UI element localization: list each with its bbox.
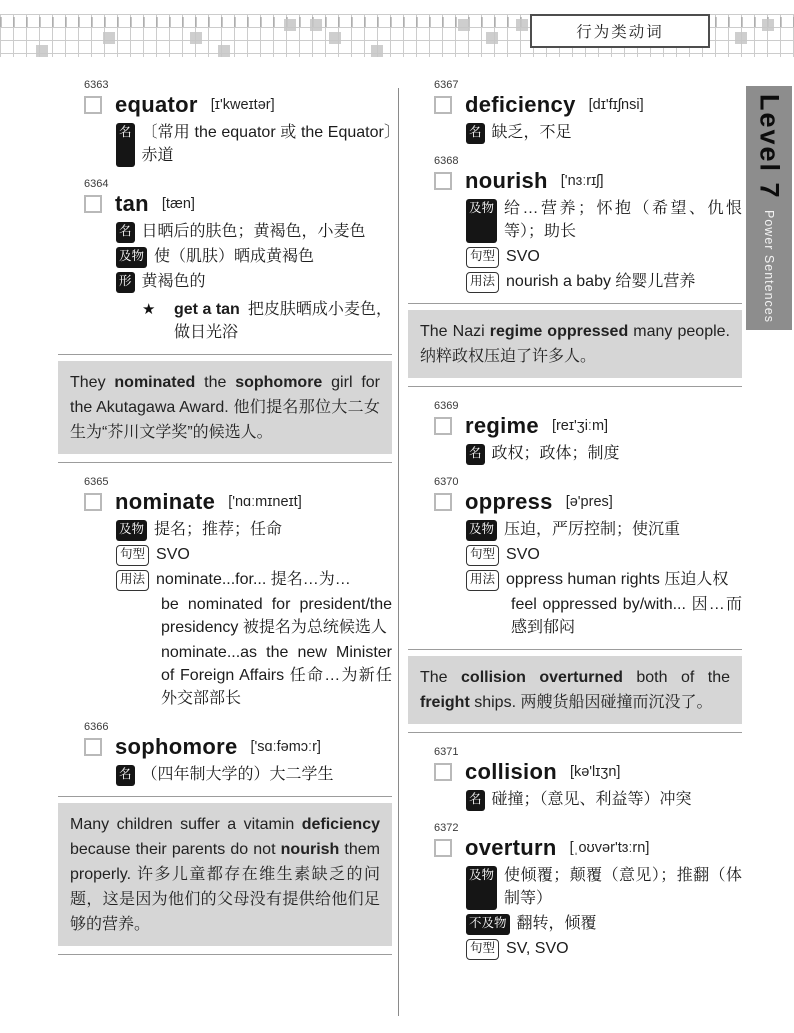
dict-entry: 6368nourish['nɜːrɪʃ]及物给…营养；怀抱（希望、仇恨等）；助长… [408,154,742,293]
definition-text: SV, SVO [506,937,742,960]
definition-text: 政权；政体；制度 [492,442,742,465]
entry-body: 名碰撞；（意见、利益等）冲突 [466,788,742,811]
definition-text: 日晒后的肤色；黄褐色，小麦色 [142,220,392,243]
entry-body: 名缺乏，不足 [466,121,742,144]
definition-text: 使（肌肤）晒成黄褐色 [154,245,392,268]
definition-line: 句型SV, SVO [466,937,742,960]
grid-cell [486,32,498,44]
definition-line: 名碰撞；（意见、利益等）冲突 [466,788,742,811]
entry-body: 及物给…营养；怀抱（希望、仇恨等）；助长句型SVO用法nourish a bab… [466,197,742,293]
definition-line: 句型SVO [466,245,742,268]
entry-checkbox[interactable] [434,172,452,190]
entry-number: 6363 [84,78,392,92]
grid-cell [218,45,230,57]
definition-line: 及物使倾覆；颠覆（意见）；推翻（体制等） [466,864,742,910]
dict-entry: 6363equator[ɪ'kweɪtər]名〔常用 the equator 或… [58,78,392,167]
level-side-tab: Level 7 Power Sentences [746,86,792,330]
definition-text: 压迫，严厉控制；使沉重 [504,518,742,541]
example-text: many people. [628,323,730,340]
definition-text: 提名；推荐；任命 [154,518,392,541]
star-phrase-line: ★get a tan把皮肤晒成小麦色，做日光浴 [142,298,392,344]
headword: oppress [465,489,553,515]
grid-cell [329,32,341,44]
example-sentence-box: The collision overturned both of the fre… [408,656,742,724]
entry-body: 及物提名；推荐；任命句型SVO用法nominate...for... 提名…为…… [116,518,392,710]
grid-cell [516,19,528,31]
pos-badge: 名 [116,123,135,167]
star-icon: ★ [142,298,174,344]
entry-checkbox[interactable] [84,738,102,756]
entry-head: nourish['nɜːrɪʃ] [434,168,742,194]
example-bold-word: freight [420,694,470,711]
star-phrase-headword: get a tan [174,301,240,318]
left-column: 6363equator[ɪ'kweɪtər]名〔常用 the equator 或… [58,78,392,967]
pos-badge: 用法 [466,272,499,293]
column-divider [398,88,399,1016]
category-tab: 行为类动词 [530,14,710,48]
example-text: the [195,374,235,391]
pos-badge: 及物 [466,866,497,910]
entry-checkbox[interactable] [434,96,452,114]
grid-cell [36,45,48,57]
entry-head: tan[tæn] [84,191,392,217]
example-text: ships. [470,694,521,711]
entry-number: 6372 [434,821,742,835]
example-bold-word: sophomore [235,374,322,391]
pos-badge: 名 [466,123,485,144]
entry-head: regime[reɪ'ʒiːm] [434,413,742,439]
definition-text: 碰撞；（意见、利益等）冲突 [492,788,742,811]
example-text: 两艘货船因碰撞而沉没了。 [520,694,712,711]
pronunciation: ['nɜːrɪʃ] [561,173,604,189]
entry-number: 6368 [434,154,742,168]
example-bold-word: deficiency [302,816,380,833]
definition-line: 不及物翻转，倾覆 [466,912,742,935]
entry-head: overturn[ˌoʊvər'tɜːrn] [434,835,742,861]
example-section: The Nazi regime oppressed many people. 纳… [408,303,742,387]
pos-badge: 句型 [466,545,499,566]
example-text: Many children suffer a vitamin [70,816,302,833]
definition-text: （四年制大学的）大二学生 [142,763,392,786]
headword: equator [115,92,198,118]
example-text: because their parents do not [70,841,281,858]
headword: nourish [465,168,548,194]
definition-text: 给…营养；怀抱（希望、仇恨等）；助长 [504,197,742,243]
definition-line: 用法oppress human rights 压迫人权 [466,568,742,591]
dict-entry: 6365nominate['nɑːmɪneɪt]及物提名；推荐；任命句型SVO用… [58,475,392,710]
pos-badge: 用法 [116,570,149,591]
pronunciation: [kə'lɪʒn] [570,764,621,780]
star-phrase-text: get a tan把皮肤晒成小麦色，做日光浴 [174,298,392,344]
grid-cell [190,32,202,44]
pos-badge: 及物 [116,247,147,268]
definition-line: 名缺乏，不足 [466,121,742,144]
headword: regime [465,413,539,439]
entry-head: collision[kə'lɪʒn] [434,759,742,785]
pos-badge: 形 [116,272,135,293]
headword: collision [465,759,557,785]
pronunciation: [tæn] [162,196,195,212]
dict-entry: 6371collision[kə'lɪʒn]名碰撞；（意见、利益等）冲突 [408,745,742,811]
right-column: 6367deficiency[dɪ'fɪʃnsi]名缺乏，不足6368nouri… [408,78,742,970]
definition-line: 名〔常用 the equator 或 the Equator〕赤道 [116,121,392,167]
grid-cell [762,19,774,31]
pronunciation: [ˌoʊvər'tɜːrn] [570,840,650,856]
example-sentence-box: Many children suffer a vitamin deficienc… [58,803,392,946]
entry-number: 6364 [84,177,392,191]
entry-head: oppress[ə'pres] [434,489,742,515]
definition-text: oppress human rights 压迫人权 [506,568,742,591]
example-section: The collision overturned both of the fre… [408,649,742,733]
definition-line: 形黄褐色的 [116,270,392,293]
example-bold-word: nominated [114,374,195,391]
entry-checkbox[interactable] [434,493,452,511]
headword: overturn [465,835,557,861]
example-text: The Nazi [420,323,490,340]
pos-badge: 名 [466,790,485,811]
level-subtitle: Power Sentences [762,210,776,323]
example-bold-word: collision overturned [461,669,623,686]
dict-entry: 6367deficiency[dɪ'fɪʃnsi]名缺乏，不足 [408,78,742,144]
pos-badge: 不及物 [466,914,510,935]
book-page: 行为类动词 Level 7 Power Sentences 6363equato… [0,0,794,1033]
dict-entry: 6372overturn[ˌoʊvər'tɜːrn]及物使倾覆；颠覆（意见）；推… [408,821,742,960]
entry-checkbox[interactable] [434,763,452,781]
definition-line: 及物使（肌肤）晒成黄褐色 [116,245,392,268]
pronunciation: [ə'pres] [566,494,613,510]
entry-body: 名政权；政体；制度 [466,442,742,465]
definition-text: 缺乏，不足 [492,121,742,144]
grid-cell [310,19,322,31]
entry-body: 及物使倾覆；颠覆（意见）；推翻（体制等）不及物翻转，倾覆句型SV, SVO [466,864,742,960]
entry-number: 6366 [84,720,392,734]
pos-badge: 名 [116,222,135,243]
definition-line: 用法nominate...for... 提名…为… [116,568,392,591]
definition-line: 用法nourish a baby 给婴儿营养 [466,270,742,293]
entry-checkbox[interactable] [434,417,452,435]
pos-badge: 及物 [466,520,497,541]
pos-badge: 名 [116,765,135,786]
pronunciation: ['nɑːmɪneɪt] [228,494,302,510]
grid-cell [371,45,383,57]
grid-cell [103,32,115,44]
grid-cell [735,32,747,44]
entry-head: equator[ɪ'kweɪtər] [84,92,392,118]
entry-number: 6370 [434,475,742,489]
entry-checkbox[interactable] [84,493,102,511]
example-sentence-box: They nominated the sophomore girl for th… [58,361,392,454]
definition-line: 句型SVO [116,543,392,566]
pos-badge: 及物 [466,199,497,243]
definition-line: 名日晒后的肤色；黄褐色，小麦色 [116,220,392,243]
pos-badge: 句型 [466,939,499,960]
entry-body: 及物压迫，严厉控制；使沉重句型SVO用法oppress human rights… [466,518,742,639]
usage-continuation: be nominated for president/the presidenc… [161,593,392,639]
example-bold-word: regime oppressed [490,323,628,340]
level-label: Level 7 [754,94,785,200]
pronunciation: [dɪ'fɪʃnsi] [589,97,644,113]
headword: deficiency [465,92,576,118]
pos-badge: 句型 [466,247,499,268]
definition-line: 句型SVO [466,543,742,566]
pronunciation: ['sɑːfəmɔːr] [251,739,321,755]
entry-body: 名日晒后的肤色；黄褐色，小麦色及物使（肌肤）晒成黄褐色形黄褐色的★get a t… [116,220,392,344]
definition-text: SVO [506,543,742,566]
entry-head: sophomore['sɑːfəmɔːr] [84,734,392,760]
grid-cell [458,19,470,31]
grid-cell [284,19,296,31]
example-text: 纳粹政权压迫了许多人。 [420,348,596,365]
entry-checkbox[interactable] [434,839,452,857]
example-text: both of the [623,669,730,686]
headword: sophomore [115,734,238,760]
definition-line: 及物给…营养；怀抱（希望、仇恨等）；助长 [466,197,742,243]
headword: nominate [115,489,215,515]
dict-entry: 6364tan[tæn]名日晒后的肤色；黄褐色，小麦色及物使（肌肤）晒成黄褐色形… [58,177,392,344]
definition-line: 名（四年制大学的）大二学生 [116,763,392,786]
example-section: They nominated the sophomore girl for th… [58,354,392,463]
definition-line: 及物压迫，严厉控制；使沉重 [466,518,742,541]
definition-text: nourish a baby 给婴儿营养 [506,270,742,293]
example-text: They [70,374,114,391]
dict-entry: 6370oppress[ə'pres]及物压迫，严厉控制；使沉重句型SVO用法o… [408,475,742,639]
definition-text: SVO [156,543,392,566]
headword: tan [115,191,149,217]
definition-text: nominate...for... 提名…为… [156,568,392,591]
pos-badge: 句型 [116,545,149,566]
example-sentence-box: The Nazi regime oppressed many people. 纳… [408,310,742,378]
entry-head: nominate['nɑːmɪneɪt] [84,489,392,515]
example-bold-word: nourish [281,841,340,858]
pronunciation: [reɪ'ʒiːm] [552,418,608,434]
usage-continuation: nominate...as the new Minister of Foreig… [161,641,392,710]
definition-text: 黄褐色的 [142,270,392,293]
definition-text: SVO [506,245,742,268]
example-text: The [420,669,461,686]
category-label: 行为类动词 [576,20,664,42]
dict-entry: 6366sophomore['sɑːfəmɔːr]名（四年制大学的）大二学生 [58,720,392,786]
pos-badge: 用法 [466,570,499,591]
pronunciation: [ɪ'kweɪtər] [211,97,275,113]
example-section: Many children suffer a vitamin deficienc… [58,796,392,955]
definition-line: 及物提名；推荐；任命 [116,518,392,541]
definition-line: 名政权；政体；制度 [466,442,742,465]
usage-continuation: feel oppressed by/with... 因…而感到郁闷 [511,593,742,639]
entry-head: deficiency[dɪ'fɪʃnsi] [434,92,742,118]
entry-number: 6367 [434,78,742,92]
dict-entry: 6369regime[reɪ'ʒiːm]名政权；政体；制度 [408,399,742,465]
pos-badge: 及物 [116,520,147,541]
definition-text: 翻转，倾覆 [517,912,742,935]
entry-body: 名（四年制大学的）大二学生 [116,763,392,786]
entry-number: 6365 [84,475,392,489]
entry-checkbox[interactable] [84,195,102,213]
entry-number: 6369 [434,399,742,413]
pos-badge: 名 [466,444,485,465]
entry-body: 名〔常用 the equator 或 the Equator〕赤道 [116,121,392,167]
definition-text: 〔常用 the equator 或 the Equator〕赤道 [142,121,392,167]
entry-checkbox[interactable] [84,96,102,114]
definition-text: 使倾覆；颠覆（意见）；推翻（体制等） [504,864,742,910]
entry-number: 6371 [434,745,742,759]
